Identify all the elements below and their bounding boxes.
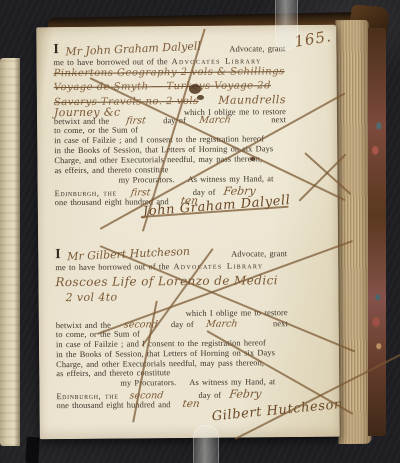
ink-blot [189, 84, 201, 94]
book-format-line: 2 vol 4to [56, 289, 288, 304]
ink-blot [250, 157, 255, 161]
marbled-cover-edge [368, 28, 386, 436]
page-number: 165. [293, 27, 333, 51]
printed-initial: I [55, 247, 61, 263]
printed-text: As witness my Hand, at [189, 377, 275, 387]
printed-text: one thousand eight hundred and [56, 400, 170, 410]
book-format-handwritten: 2 vol 4to [66, 291, 118, 304]
cradle-slot [25, 437, 39, 463]
printed-text: Advocate, grant [231, 249, 287, 258]
facing-page-edges [0, 58, 20, 446]
printed-text: my Procurators. [120, 378, 176, 387]
printed-text: as effeirs, and thereto constitute [56, 368, 170, 378]
book-title-handwritten: Roscoes Life of Lorenzo de Medici [55, 273, 278, 289]
borrowed-line: me to have borrowed out of the Advocates… [55, 261, 287, 272]
year-handwritten: ten [182, 398, 201, 410]
printed-text: betwixt and the [56, 321, 111, 330]
book-fore-edge [336, 20, 372, 444]
ink-blot [197, 95, 204, 100]
printed-text: day of [171, 320, 194, 329]
library-name: Advocates Library [173, 261, 263, 271]
borrower-name-handwritten: Mr Gilbert Hutcheson [67, 245, 190, 263]
borrow-entry-hutcheson: I Mr Gilbert Hutcheson Advocate, grant m… [53, 25, 289, 439]
page-holder-clip-bottom [193, 425, 219, 463]
photograph-of-ledger: 165. I Mr John Graham Dalyell Advocate, … [0, 0, 400, 463]
page-holder-clip-top [275, 0, 298, 50]
